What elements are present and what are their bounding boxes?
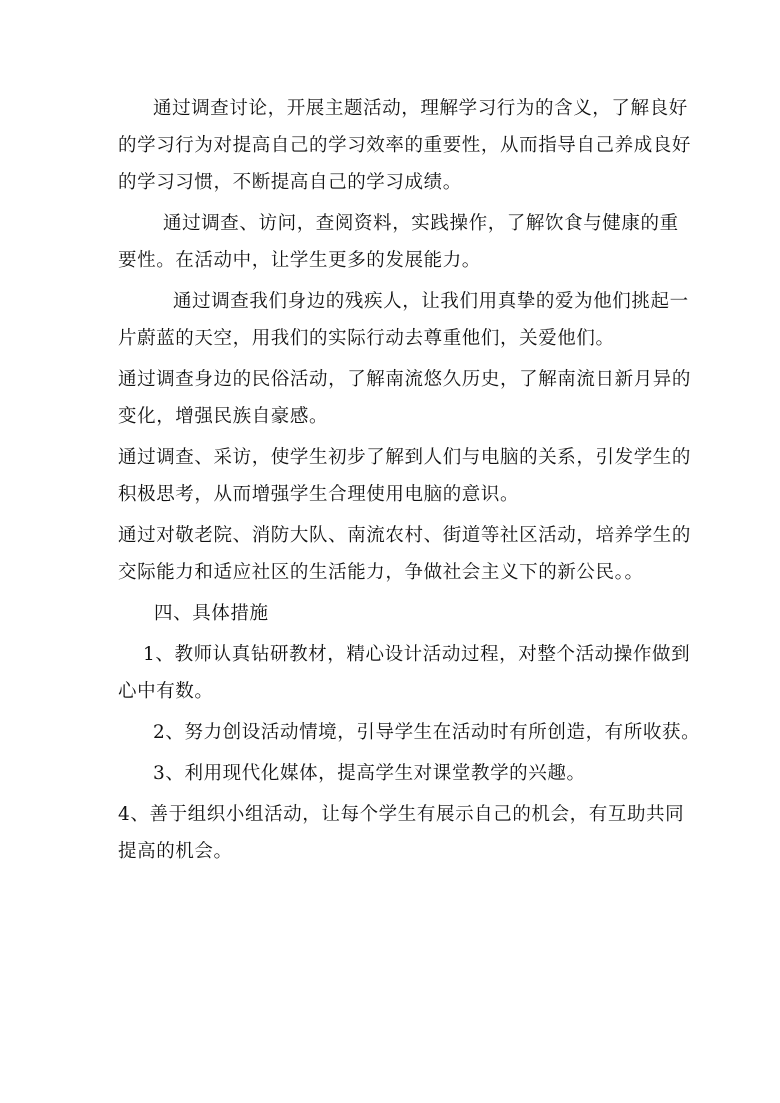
paragraph-disabled-people-line-1: 通过调查我们身边的残疾人，让我们用真挚的爱为他们挑起一 bbox=[173, 289, 689, 315]
measure-item-4-line-2: 提高的机会。 bbox=[118, 839, 233, 865]
paragraph-study-behavior-line-1: 通过调查讨论，开展主题活动，理解学习行为的含义，了解良好 bbox=[153, 96, 688, 122]
paragraph-community-line-1: 通过对敬老院、消防大队、南流农村、街道等社区活动，培养学生的 bbox=[118, 523, 691, 549]
measure-item-1-line-2: 心中有数。 bbox=[118, 679, 214, 705]
paragraph-community-line-2: 交际能力和适应社区的生活能力，争做社会主义下的新公民。。 bbox=[118, 560, 644, 586]
paragraph-study-behavior-line-3: 的学习习惯，不断提高自己的学习成绩。 bbox=[118, 170, 462, 196]
paragraph-computers-line-1: 通过调查、采访，使学生初步了解到人们与电脑的关系，引发学生的 bbox=[118, 445, 691, 471]
paragraph-disabled-people-line-2: 片蔚蓝的天空，用我们的实际行动去尊重他们，关爱他们。 bbox=[118, 326, 615, 352]
paragraph-study-behavior-line-2: 的学习行为对提高自己的学习效率的重要性，从而指导自己养成良好 bbox=[118, 133, 691, 159]
paragraph-computers-line-2: 积极思考，从而增强学生合理使用电脑的意识。 bbox=[118, 482, 519, 508]
measure-item-4-line-1: 4、善于组织小组活动，让每个学生有展示自己的机会，有互助共同 bbox=[118, 802, 684, 828]
measure-item-2: 2、努力创设活动情境，引导学生在活动时有所创造，有所收获。 bbox=[153, 720, 700, 746]
section-heading-measures: 四、具体措施 bbox=[154, 601, 269, 627]
measure-item-1-line-1: 1、教师认真钻研教材，精心设计活动过程，对整个活动操作做到 bbox=[143, 642, 690, 668]
paragraph-diet-health-line-2: 要性。在活动中，让学生更多的发展能力。 bbox=[118, 248, 481, 274]
paragraph-folk-activities-line-2: 变化，增强民族自豪感。 bbox=[118, 404, 328, 430]
paragraph-diet-health-line-1: 通过调查、访问，查阅资料，实践操作，了解饮食与健康的重 bbox=[163, 211, 679, 237]
measure-item-3: 3、利用现代化媒体，提高学生对课堂教学的兴趣。 bbox=[153, 761, 586, 787]
paragraph-folk-activities-line-1: 通过调查身边的民俗活动，了解南流悠久历史，了解南流日新月异的 bbox=[118, 367, 691, 393]
